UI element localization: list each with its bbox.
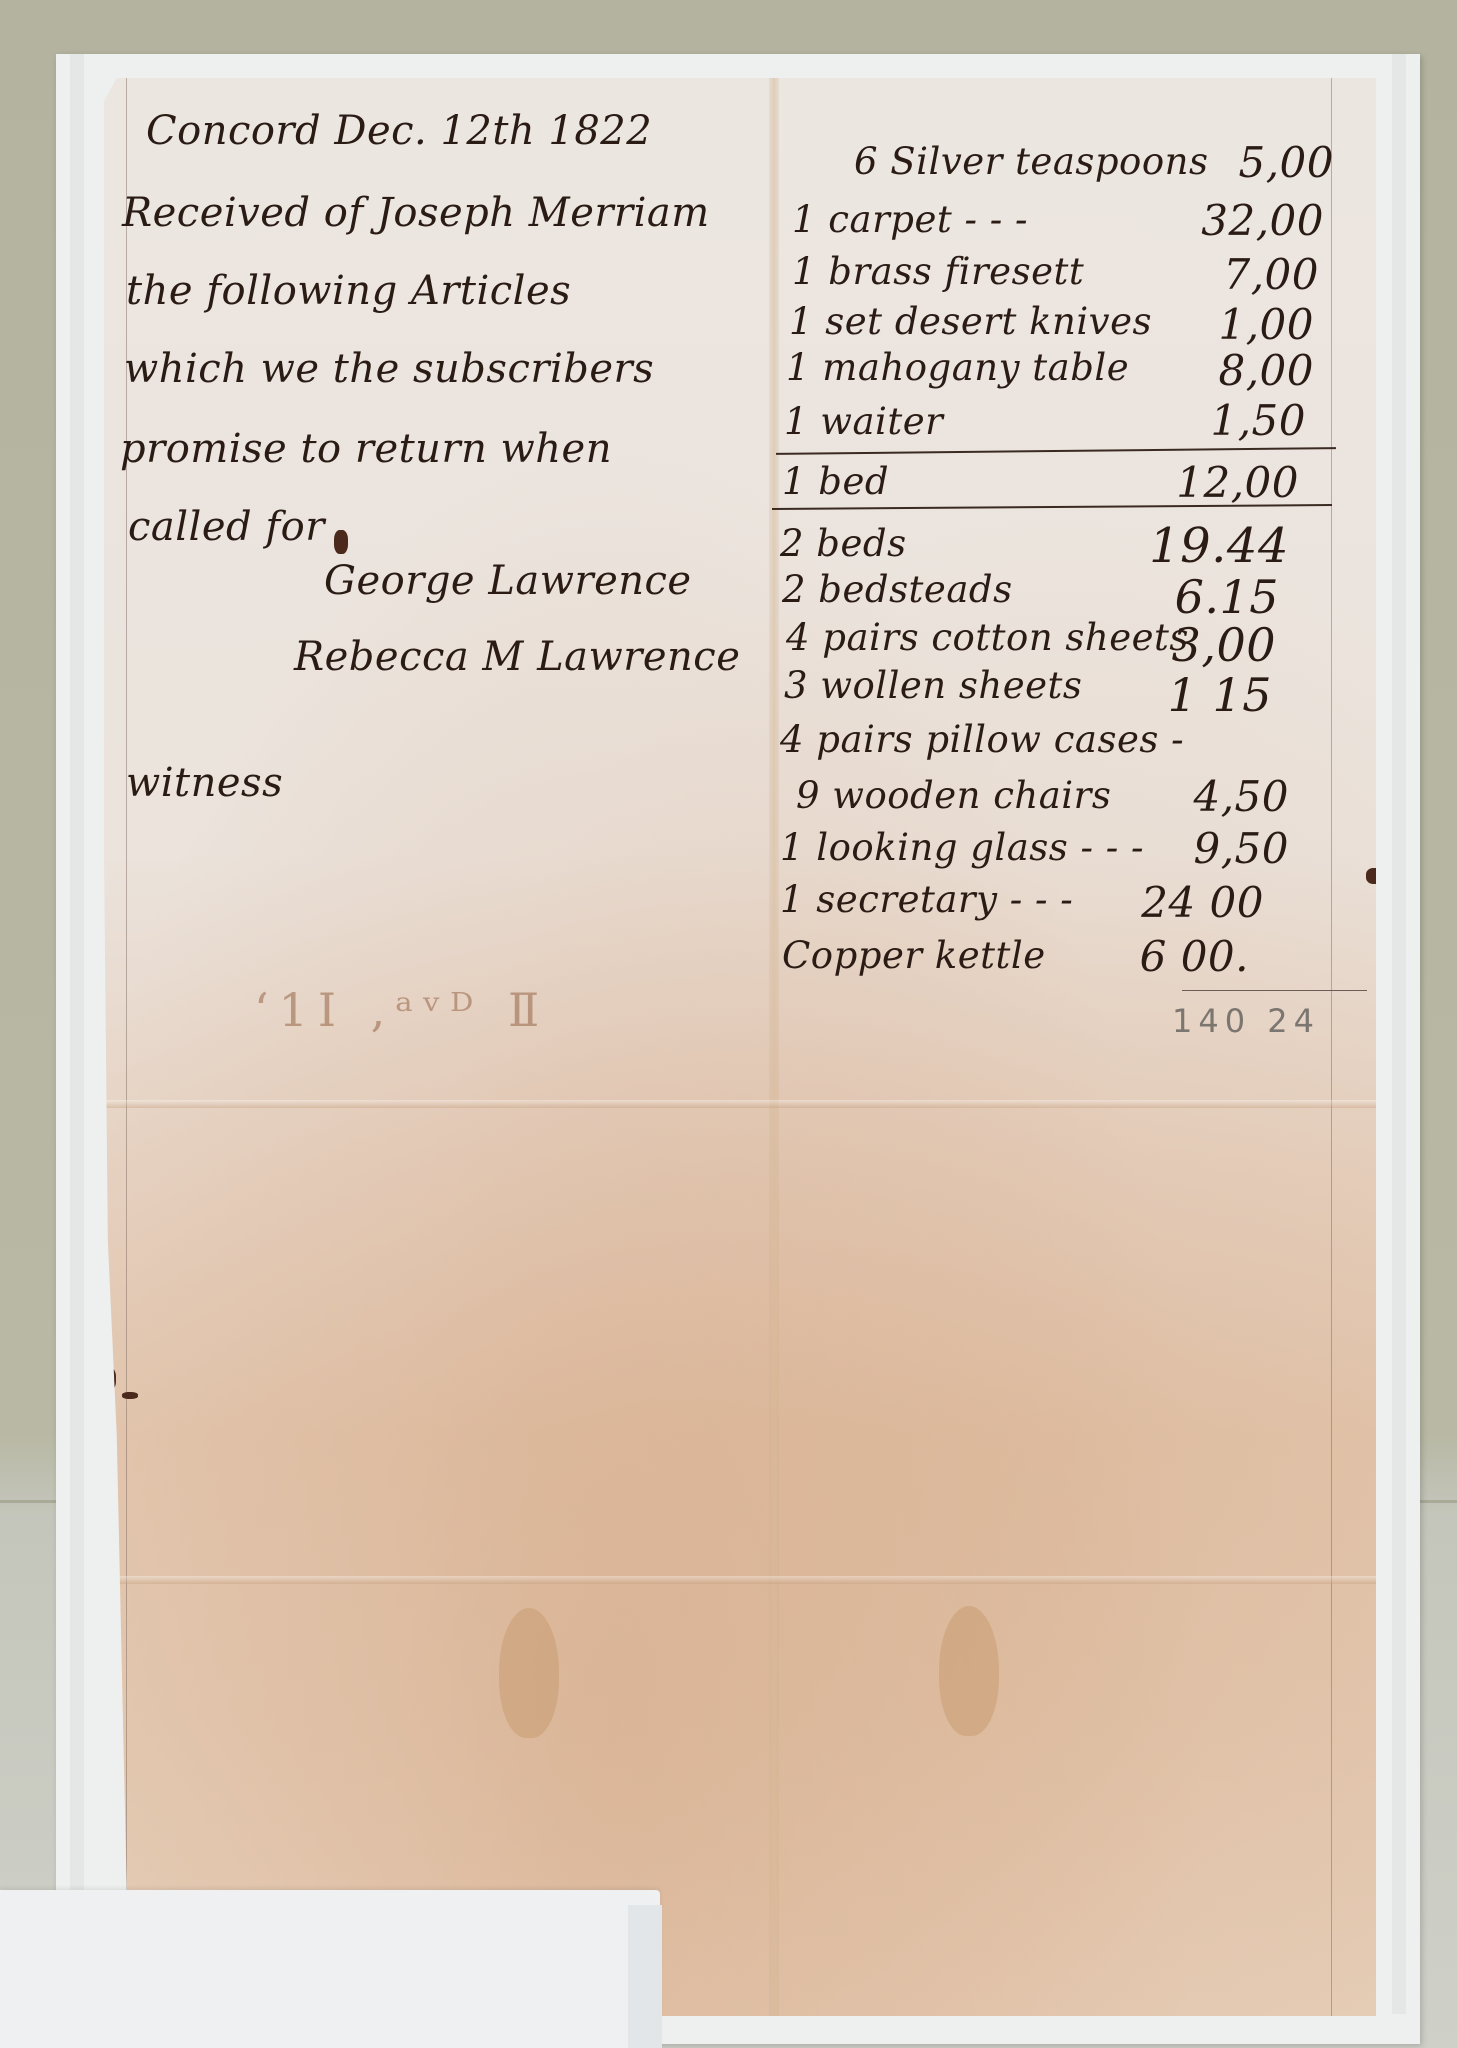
item-description: 9 wooden chairs (796, 774, 1111, 817)
vertical-fold (769, 78, 779, 2016)
horizontal-fold-lower (104, 1576, 1376, 1584)
ink-blot (122, 1392, 138, 1399)
signature-george-lawrence: George Lawrence (324, 558, 692, 604)
item-price: 24 00 (1064, 878, 1264, 927)
mount-edge-strip-left (70, 54, 84, 2014)
item-price: 6 00. (1049, 932, 1249, 981)
item-price: 7,00 (1119, 250, 1319, 299)
item-price: 32,00 (1124, 196, 1324, 245)
handwritten-receipt-document: ʻ1I ,ᵃᵛᴰ Ⅱ Concord Dec. 12th 1822 Receiv… (104, 78, 1376, 2016)
item-description: 1 secretary - - - (780, 878, 1073, 921)
item-description: Copper kettle (782, 934, 1046, 977)
receipt-line: called for (128, 504, 325, 550)
margin-rule-right (1331, 78, 1332, 2016)
item-price: 3,00 (1076, 618, 1276, 672)
item-description: 1 carpet - - - (792, 198, 1028, 241)
white-cloth-fold (628, 1905, 662, 2048)
item-description: 4 pairs pillow cases - (780, 718, 1184, 761)
item-description: 1 set desert knives (789, 300, 1152, 343)
white-cloth-support (0, 1890, 660, 2048)
ink-blot (334, 530, 348, 554)
witness-label: witness (126, 760, 283, 806)
item-price: 4,50 (1089, 772, 1289, 821)
item-divider-line (772, 504, 1332, 510)
item-price: 9,50 (1089, 824, 1289, 873)
pencil-total: 140 24 (1172, 1002, 1320, 1040)
item-description: 1 brass firesett (792, 250, 1084, 293)
ink-offset-marks: ʻ1I ,ᵃᵛᴰ Ⅱ (254, 983, 549, 1037)
receipt-line: the following Articles (126, 268, 571, 314)
item-price: 19.44 (1089, 518, 1289, 574)
item-price: 12,00 (1099, 458, 1299, 507)
signature-rebecca-lawrence: Rebecca M Lawrence (294, 634, 740, 680)
item-description: 3 wollen sheets (784, 664, 1082, 707)
mount-edge-strip-right (1392, 54, 1406, 2014)
receipt-line: which we the subscribers (124, 346, 654, 392)
receipt-line: promise to return when (120, 426, 612, 472)
receipt-line: Received of Joseph Merriam (122, 190, 710, 236)
item-description: 1 waiter (784, 400, 943, 443)
item-price: 8,00 (1114, 346, 1314, 395)
total-rule (1182, 990, 1367, 991)
watermark-stain (499, 1608, 559, 1738)
place-date-heading: Concord Dec. 12th 1822 (146, 108, 652, 154)
item-description: 2 bedsteads (782, 568, 1013, 611)
item-price: 1,00 (1114, 300, 1314, 349)
item-description: 2 beds (780, 522, 907, 565)
item-divider-line (776, 447, 1336, 455)
item-price: 5,00 (1134, 138, 1334, 187)
item-price: 1 15 (1072, 668, 1272, 722)
item-price: 1,50 (1106, 396, 1306, 445)
watermark-stain (939, 1606, 999, 1736)
horizontal-fold-upper (104, 1100, 1376, 1108)
item-description: 1 mahogany table (786, 346, 1129, 389)
item-description: 1 bed (782, 460, 889, 503)
